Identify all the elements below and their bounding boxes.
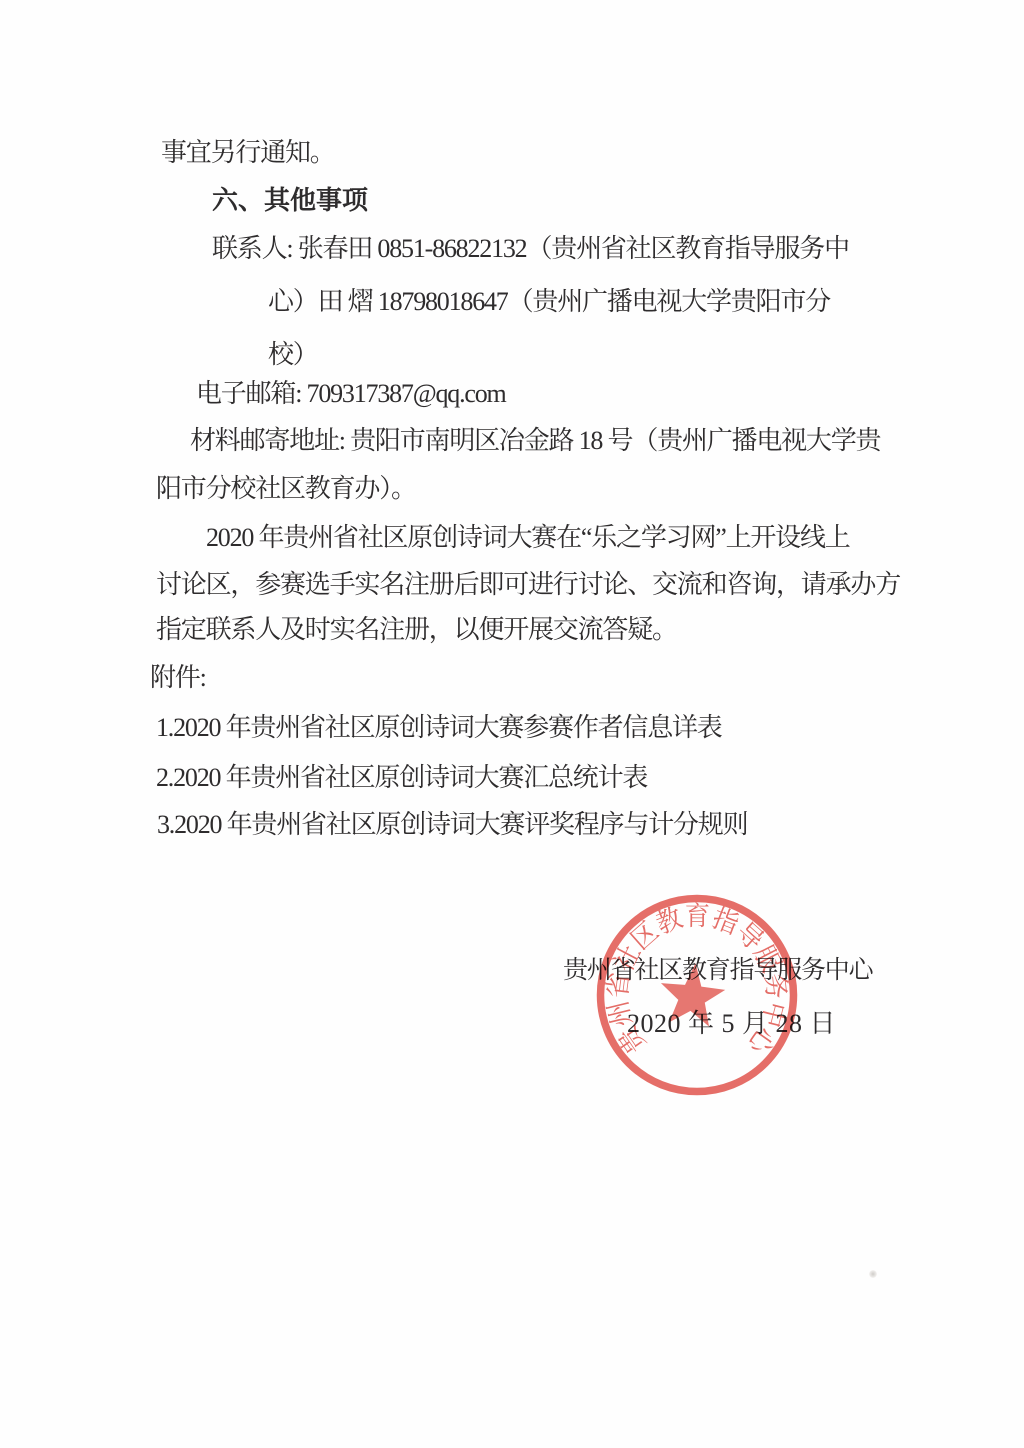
scan-speck xyxy=(869,1270,877,1278)
attachment-item-3: 3.2020 年贵州省社区原创诗词大赛评奖程序与计分规则 xyxy=(157,812,747,838)
scanned-document-page: 事宜另行通知。 六、其他事项 联系人: 张春田 0851-86822132（贵州… xyxy=(0,0,1024,1448)
email-line: 电子邮箱: 709317387@qq.com xyxy=(196,381,506,407)
contact-line-3: 校） xyxy=(268,342,318,368)
contact-line-2: 心）田 熠 18798018647（贵州广播电视大学贵阳市分 xyxy=(268,289,830,315)
attachments-label: 附件: xyxy=(150,665,206,691)
section-heading: 六、其他事项 xyxy=(212,188,368,214)
attachment-item-2: 2.2020 年贵州省社区原创诗词大赛汇总统计表 xyxy=(156,765,647,791)
attachment-item-1: 1.2020 年贵州省社区原创诗词大赛参赛作者信息详表 xyxy=(156,715,722,741)
paragraph-line-1: 2020 年贵州省社区原创诗词大赛在“乐之学习网”上开设线上 xyxy=(206,525,850,551)
paragraph-line-3: 指定联系人及时实名注册，以便开展交流答疑。 xyxy=(156,617,677,643)
body-line-1: 事宜另行通知。 xyxy=(161,140,335,166)
mail-address-line-2: 阳市分校社区教育办）。 xyxy=(156,476,416,502)
signature-organization: 贵州省社区教育指导服务中心 xyxy=(563,958,872,983)
mail-address-line-1: 材料邮寄地址: 贵阳市南明区冶金路 18 号（贵州广播电视大学贵 xyxy=(190,428,880,454)
paragraph-line-2: 讨论区，参赛选手实名注册后即可进行讨论、交流和咨询，请承办方 xyxy=(156,572,900,598)
signature-date: 2020 年 5 月 28 日 xyxy=(627,1011,836,1037)
contact-line-1: 联系人: 张春田 0851-86822132（贵州省社区教育指导服务中 xyxy=(212,236,849,262)
seal-ring xyxy=(601,899,794,1092)
